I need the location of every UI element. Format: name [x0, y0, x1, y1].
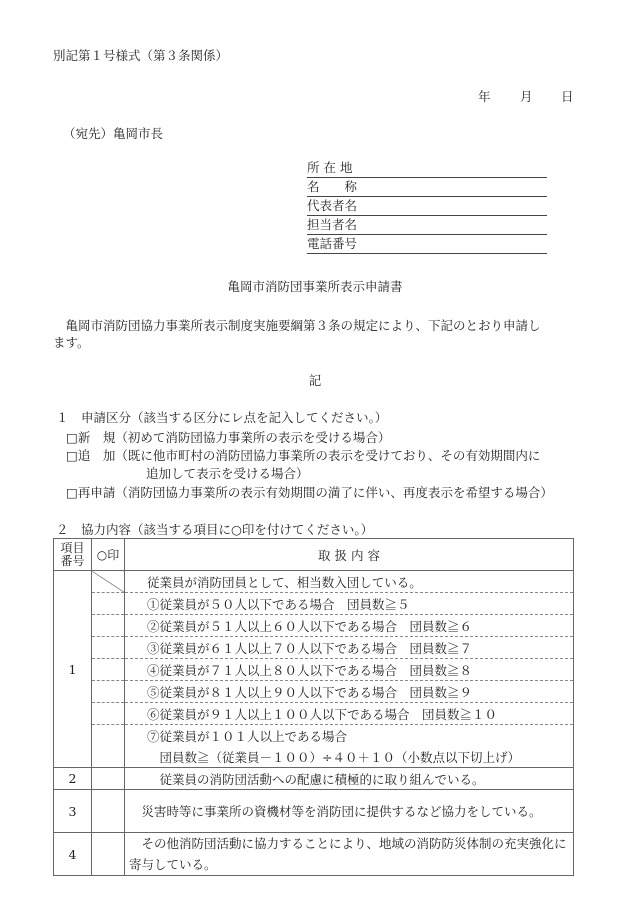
- table-row: 3 災害時等に事業所の資機材等を消防団に提供するなど協力をしている。: [54, 790, 574, 833]
- table-row: ④従業員が７１人以上８０人以下である場合 団員数≧８: [54, 659, 574, 681]
- table-row: ⑤従業員が８１人以上９０人以下である場合 団員数≧９: [54, 681, 574, 703]
- mark-cell[interactable]: [92, 637, 125, 659]
- content-text: 災害時等に事業所の資機材等を消防団に提供するなど協力をしている。: [125, 790, 574, 833]
- option-add-desc: （既に他市町村の消防団協力事業所の表示を受けており、その有効期間内に: [115, 448, 540, 463]
- mark-cell[interactable]: [92, 790, 125, 833]
- ki-label: 記: [0, 371, 630, 389]
- content-line: 団員数≧（従業員－１００）÷４０＋１０（小数点以下切上げ）: [125, 746, 574, 768]
- checkbox-icon[interactable]: □: [66, 485, 78, 500]
- table-row: ③従業員が６１人以上７０人以下である場合 団員数≧７: [54, 637, 574, 659]
- table-row: 団員数≧（従業員－１００）÷４０＋１０（小数点以下切上げ）: [54, 746, 574, 768]
- form-number: 別記第１号様式（第３条関係）: [53, 46, 228, 64]
- item-number: 2: [54, 768, 92, 790]
- content-text: 従業員の消防団活動への配慮に積極的に取り組んでいる。: [125, 768, 574, 790]
- field-name[interactable]: 名 称: [307, 179, 547, 197]
- item-number: 3: [54, 790, 92, 833]
- field-address-label: 所 在 地: [307, 158, 352, 176]
- mark-cell[interactable]: [92, 593, 125, 615]
- field-contact-person[interactable]: 担当者名: [307, 217, 547, 235]
- item-number: 4: [54, 833, 92, 876]
- option-add[interactable]: □追 加（既に他市町村の消防団協力事業所の表示を受けており、その有効期間内に: [66, 446, 540, 464]
- mark-cell[interactable]: [92, 681, 125, 703]
- content-line: ⑥従業員が９１人以上１００人以下である場合 団員数≧１０: [125, 703, 574, 725]
- field-phone-label: 電話番号: [307, 234, 357, 252]
- content-line: ②従業員が５１人以上６０人以下である場合 団員数≧６: [125, 615, 574, 637]
- date-day-label: 日: [561, 87, 574, 105]
- option-add-desc-cont: 追加して表示を受ける場合）: [146, 464, 309, 482]
- mark-cell[interactable]: [92, 833, 125, 876]
- section1-heading: １ 申請区分（該当する区分にレ点を記入してください。）: [56, 408, 387, 426]
- content-line: ①従業員が５０人以下である場合 団員数≧５: [125, 593, 574, 615]
- date-month-label: 月: [520, 87, 533, 105]
- table-row: 1 従業員が消防団員として、相当数入団している。: [54, 571, 574, 593]
- field-name-label: 名 称: [307, 177, 357, 195]
- content-line: 従業員が消防団員として、相当数入団している。: [125, 571, 574, 593]
- intro-line-1: 亀岡市消防団協力事業所表示制度実施要綱第３条の規定により、下記のとおり申請し: [53, 316, 541, 334]
- addressee: （宛先）亀岡市長: [63, 124, 163, 142]
- item-number: 1: [54, 571, 92, 768]
- field-address[interactable]: 所 在 地: [307, 160, 547, 178]
- header-mark: ○印: [92, 539, 125, 571]
- mark-cell[interactable]: [92, 659, 125, 681]
- document-title: 亀岡市消防団事業所表示申請書: [0, 277, 630, 295]
- content-line: ③従業員が６１人以上７０人以下である場合 団員数≧７: [125, 637, 574, 659]
- field-representative-label: 代表者名: [307, 196, 357, 214]
- table-row: ⑦従業員が１０１人以上である場合: [54, 725, 574, 747]
- header-content: 取 扱 内 容: [125, 539, 574, 571]
- mark-cell[interactable]: [92, 725, 125, 768]
- table-row: ②従業員が５１人以上６０人以下である場合 団員数≧６: [54, 615, 574, 637]
- checkbox-icon[interactable]: □: [66, 448, 78, 463]
- field-phone[interactable]: 電話番号: [307, 236, 547, 254]
- table-row: 2 従業員の消防団活動への配慮に積極的に取り組んでいる。: [54, 768, 574, 790]
- date-year-label: 年: [478, 87, 491, 105]
- content-text: その他消防団活動に協力することにより、地域の消防防災体制の充実強化に寄与している…: [125, 833, 574, 876]
- mark-cell[interactable]: [92, 768, 125, 790]
- table-row: ①従業員が５０人以下である場合 団員数≧５: [54, 593, 574, 615]
- cooperation-table: 項目番号 ○印 取 扱 内 容 1 従業員が消防団員として、相当数入団している。…: [53, 538, 574, 876]
- content-line: ⑦従業員が１０１人以上である場合: [125, 725, 574, 747]
- option-reapply-desc: （消防団協力事業所の表示有効期間の満了に伴い、再度表示を希望する場合）: [115, 485, 553, 500]
- section2-heading: ２ 協力内容（該当する項目に○印を付けてください。）: [56, 520, 373, 538]
- field-contact-person-label: 担当者名: [307, 215, 357, 233]
- option-new-label: 新 規: [78, 430, 116, 445]
- table-row: 4 その他消防団活動に協力することにより、地域の消防防災体制の充実強化に寄与して…: [54, 833, 574, 876]
- table-row: ⑥従業員が９１人以上１００人以下である場合 団員数≧１０: [54, 703, 574, 725]
- mark-cell-disabled: [92, 571, 125, 593]
- option-reapply-label: 再申請: [78, 485, 116, 500]
- content-line: ④従業員が７１人以上８０人以下である場合 団員数≧８: [125, 659, 574, 681]
- field-representative[interactable]: 代表者名: [307, 198, 547, 216]
- intro-line-2: ます。: [53, 333, 90, 351]
- option-reapply[interactable]: □再申請（消防団協力事業所の表示有効期間の満了に伴い、再度表示を希望する場合）: [66, 483, 553, 501]
- mark-cell[interactable]: [92, 615, 125, 637]
- checkbox-icon[interactable]: □: [66, 430, 78, 445]
- option-new-desc: （初めて消防団協力事業所の表示を受ける場合）: [115, 430, 390, 445]
- mark-cell[interactable]: [92, 703, 125, 725]
- header-item-number: 項目番号: [54, 539, 92, 571]
- option-add-label: 追 加: [78, 448, 116, 463]
- content-line: ⑤従業員が８１人以上９０人以下である場合 団員数≧９: [125, 681, 574, 703]
- option-new[interactable]: □新 規（初めて消防団協力事業所の表示を受ける場合）: [66, 428, 390, 446]
- table-header-row: 項目番号 ○印 取 扱 内 容: [54, 539, 574, 571]
